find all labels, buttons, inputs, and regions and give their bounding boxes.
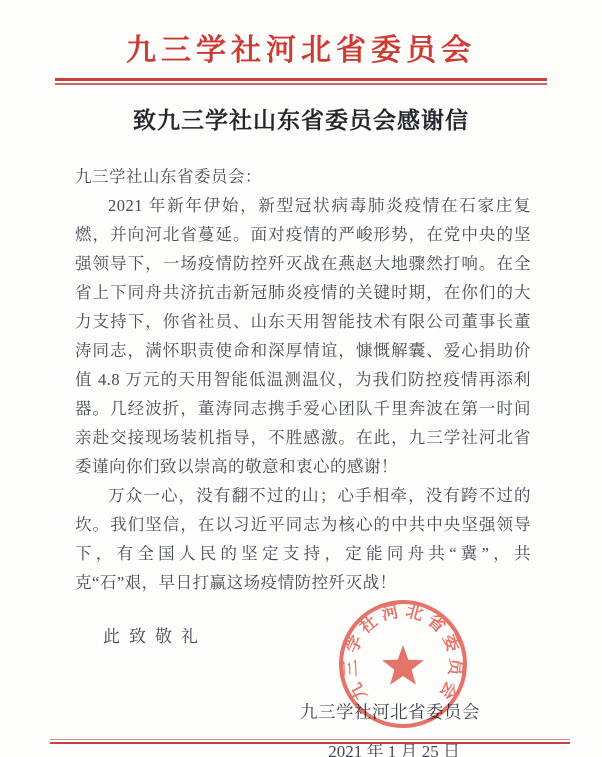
rule-thick-bar bbox=[55, 78, 547, 81]
seal-ring-text: 九三学社河北省委员会 bbox=[341, 601, 466, 707]
closing-salute: 此致敬礼 bbox=[103, 622, 602, 647]
signature-block: 九三学社河北省委员会 2021 年 1 月 25 日 bbox=[0, 699, 602, 757]
letter-title: 致九三学社山东省委员会感谢信 bbox=[0, 102, 602, 135]
rule-thick-bar bbox=[50, 742, 570, 745]
paragraph-1: 2021 年新年伊始，新型冠状病毒肺炎疫情在石家庄复燃，并向河北省蔓延。面对疫情… bbox=[75, 191, 531, 481]
paragraph-2: 万众一心，没有翻不过的山；心手相牵，没有跨不过的坎。我们坚信，在以习近平同志为核… bbox=[75, 481, 531, 597]
salutation: 九三学社山东省委员会： bbox=[75, 162, 531, 191]
letterhead-org-name: 九三学社河北省委员会 bbox=[0, 0, 602, 69]
rule-thin-bar bbox=[50, 739, 570, 741]
seal-star-icon bbox=[382, 645, 424, 685]
letterhead-rule bbox=[55, 78, 547, 85]
letterhead: 九三学社河北省委员会 bbox=[0, 0, 602, 85]
letter-page: 九三学社河北省委员会 致九三学社山东省委员会感谢信 九三学社山东省委员会： 20… bbox=[0, 0, 602, 757]
rule-thin-bar bbox=[55, 83, 547, 85]
letter-body: 九三学社山东省委员会： 2021 年新年伊始，新型冠状病毒肺炎疫情在石家庄复燃，… bbox=[75, 162, 531, 597]
footer-rule bbox=[50, 739, 570, 745]
signature-org-name: 九三学社河北省委员会 bbox=[0, 699, 602, 724]
